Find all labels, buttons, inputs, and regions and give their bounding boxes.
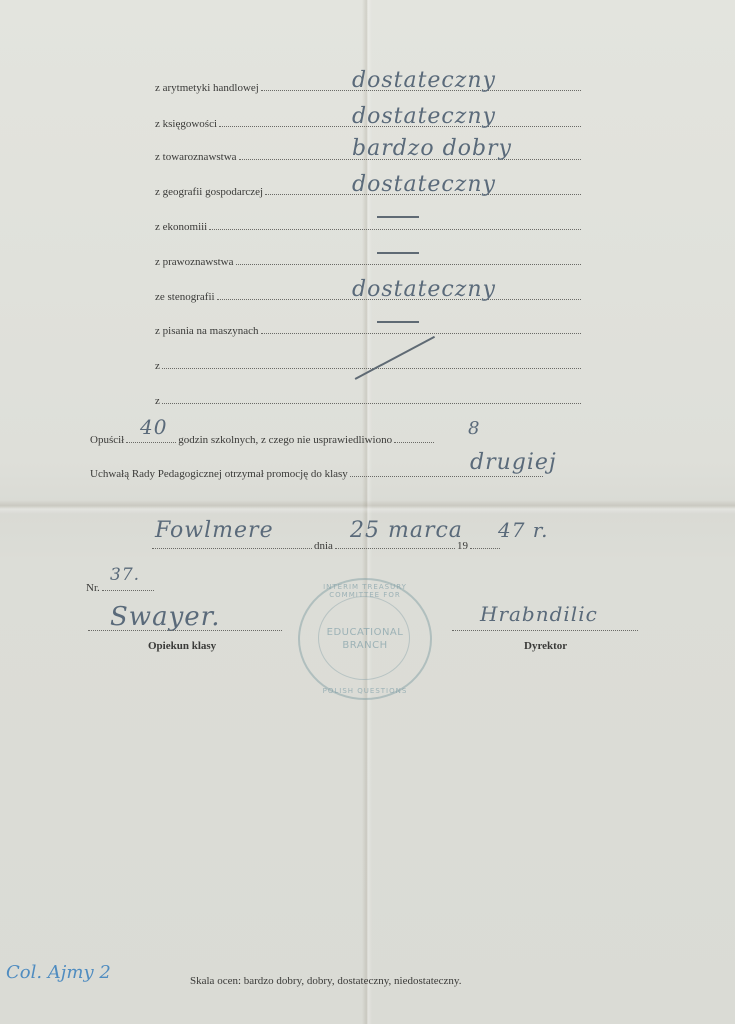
stamp-ring-bottom: POLISH QUESTIONS (300, 687, 430, 695)
grade-value: dostateczny (352, 68, 496, 93)
grade-row: z pisania na maszynach (155, 325, 583, 337)
subject-label: z prawoznawstwa (155, 256, 234, 268)
subject-label: z arytmetyki handlowej (155, 82, 259, 94)
grade-value: dostateczny (352, 172, 496, 197)
number-label: Nr. (86, 582, 100, 594)
promotion-class: drugiej (470, 450, 557, 475)
stamp-ring-top: INTERIM TREASURY COMMITTEE FOR (300, 583, 430, 599)
grade-value: dostateczny (352, 104, 496, 129)
grade-dash (377, 321, 419, 323)
subject-label: z pisania na maszynach (155, 325, 259, 337)
subject-label: z księgowości (155, 118, 217, 130)
grade-dash (377, 252, 419, 254)
attendance-middle: godzin szkolnych, z czego nie usprawiedl… (178, 434, 392, 446)
grade-row: z ekonomiii (155, 221, 583, 233)
blue-handwritten-note: Col. Ajmy 2 (6, 962, 111, 983)
subject-label: ze stenografii (155, 291, 215, 303)
promotion-text: Uchwałą Rady Pedagogicznej otrzymał prom… (90, 468, 348, 480)
subject-label: z ekonomiii (155, 221, 207, 233)
stamp-center-line1: EDUCATIONAL (300, 626, 430, 639)
guardian-signature-line (86, 630, 284, 634)
guardian-signature: Swayer. (110, 602, 220, 632)
number-value: 37. (110, 565, 140, 585)
grade-value: dostateczny (352, 277, 496, 302)
grade-row: z (155, 395, 583, 407)
official-stamp: INTERIM TREASURY COMMITTEE FOR EDUCATION… (298, 578, 432, 700)
grade-value: bardzo dobry (352, 136, 512, 161)
guardian-caption: Opiekun klasy (148, 640, 216, 652)
grade-dash (377, 216, 419, 218)
subject-label: z (155, 395, 160, 407)
place: Fowlmere (155, 518, 274, 543)
certificate-page: z arytmetyki handlowej dostateczny z ksi… (0, 0, 735, 1024)
hours-unexcused: 8 (468, 418, 480, 439)
director-signature: Hrabndilic (480, 602, 598, 626)
dnia-label: dnia (314, 540, 333, 552)
attendance-prefix: Opuścił (90, 434, 124, 446)
subject-label: z (155, 360, 160, 372)
grading-scale: Skala ocen: bardzo dobry, dobry, dostate… (190, 975, 461, 987)
director-caption: Dyrektor (524, 640, 567, 652)
date: 25 marca (350, 518, 463, 543)
director-signature-line (450, 630, 640, 634)
subject-label: z geografii gospodarczej (155, 186, 263, 198)
subject-label: z towaroznawstwa (155, 151, 237, 163)
year: 47 r. (498, 518, 549, 542)
horizontal-fold (0, 500, 735, 514)
hours-missed: 40 (140, 415, 167, 439)
grade-row: z prawoznawstwa (155, 256, 583, 268)
stamp-center-line2: BRANCH (300, 639, 430, 652)
